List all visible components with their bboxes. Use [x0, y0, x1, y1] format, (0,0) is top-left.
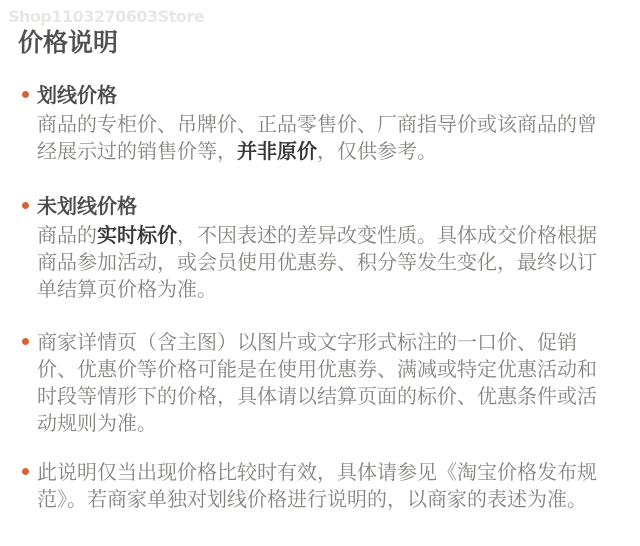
bullet-icon: [22, 468, 29, 475]
bullet-icon: [22, 202, 29, 209]
section-heading: 未划线价格: [37, 193, 614, 220]
list-item-validity-note: 此说明仅当出现价格比较时有效，具体请参见《淘宝价格发布规 范》。若商家单独对划线…: [20, 459, 614, 513]
paragraph-text: ，仅供参考。: [317, 139, 437, 163]
list-item-crossed-price: 划线价格 商品的专柜价、吊牌价、正品零售价、厂商指导价或该商品的曾 经展示过的销…: [20, 82, 614, 165]
paragraph-bold-text: 并非原价: [237, 139, 317, 163]
list-item-uncrossed-price: 未划线价格 商品的实时标价，不因表述的差异改变性质。具体成交价格根据 商品参加活…: [20, 193, 614, 303]
paragraph-bold-text: 实时标价: [97, 223, 177, 247]
list-item-detail-page-price: 商家详情页（含主图）以图片或文字形式标注的一口价、促销 价、优惠价等价格可能是在…: [20, 329, 614, 437]
bullet-icon: [22, 91, 29, 98]
section-list: 划线价格 商品的专柜价、吊牌价、正品零售价、厂商指导价或该商品的曾 经展示过的销…: [20, 82, 614, 513]
section-paragraph: 此说明仅当出现价格比较时有效，具体请参见《淘宝价格发布规 范》。若商家单独对划线…: [37, 459, 614, 513]
section-paragraph: 商品的专柜价、吊牌价、正品零售价、厂商指导价或该商品的曾 经展示过的销售价等，并…: [37, 111, 614, 165]
bullet-icon: [22, 338, 29, 345]
paragraph-text: 商品的: [37, 223, 97, 247]
price-explanation-page: Shop1103270603Store 价格说明 划线价格 商品的专柜价、吊牌价…: [0, 0, 640, 546]
page-title: 价格说明: [18, 28, 640, 58]
section-paragraph: 商家详情页（含主图）以图片或文字形式标注的一口价、促销 价、优惠价等价格可能是在…: [37, 329, 614, 437]
section-heading: 划线价格: [37, 82, 614, 109]
section-paragraph: 商品的实时标价，不因表述的差异改变性质。具体成交价格根据 商品参加活动，或会员使…: [37, 222, 614, 303]
store-watermark: Shop1103270603Store: [8, 7, 204, 26]
